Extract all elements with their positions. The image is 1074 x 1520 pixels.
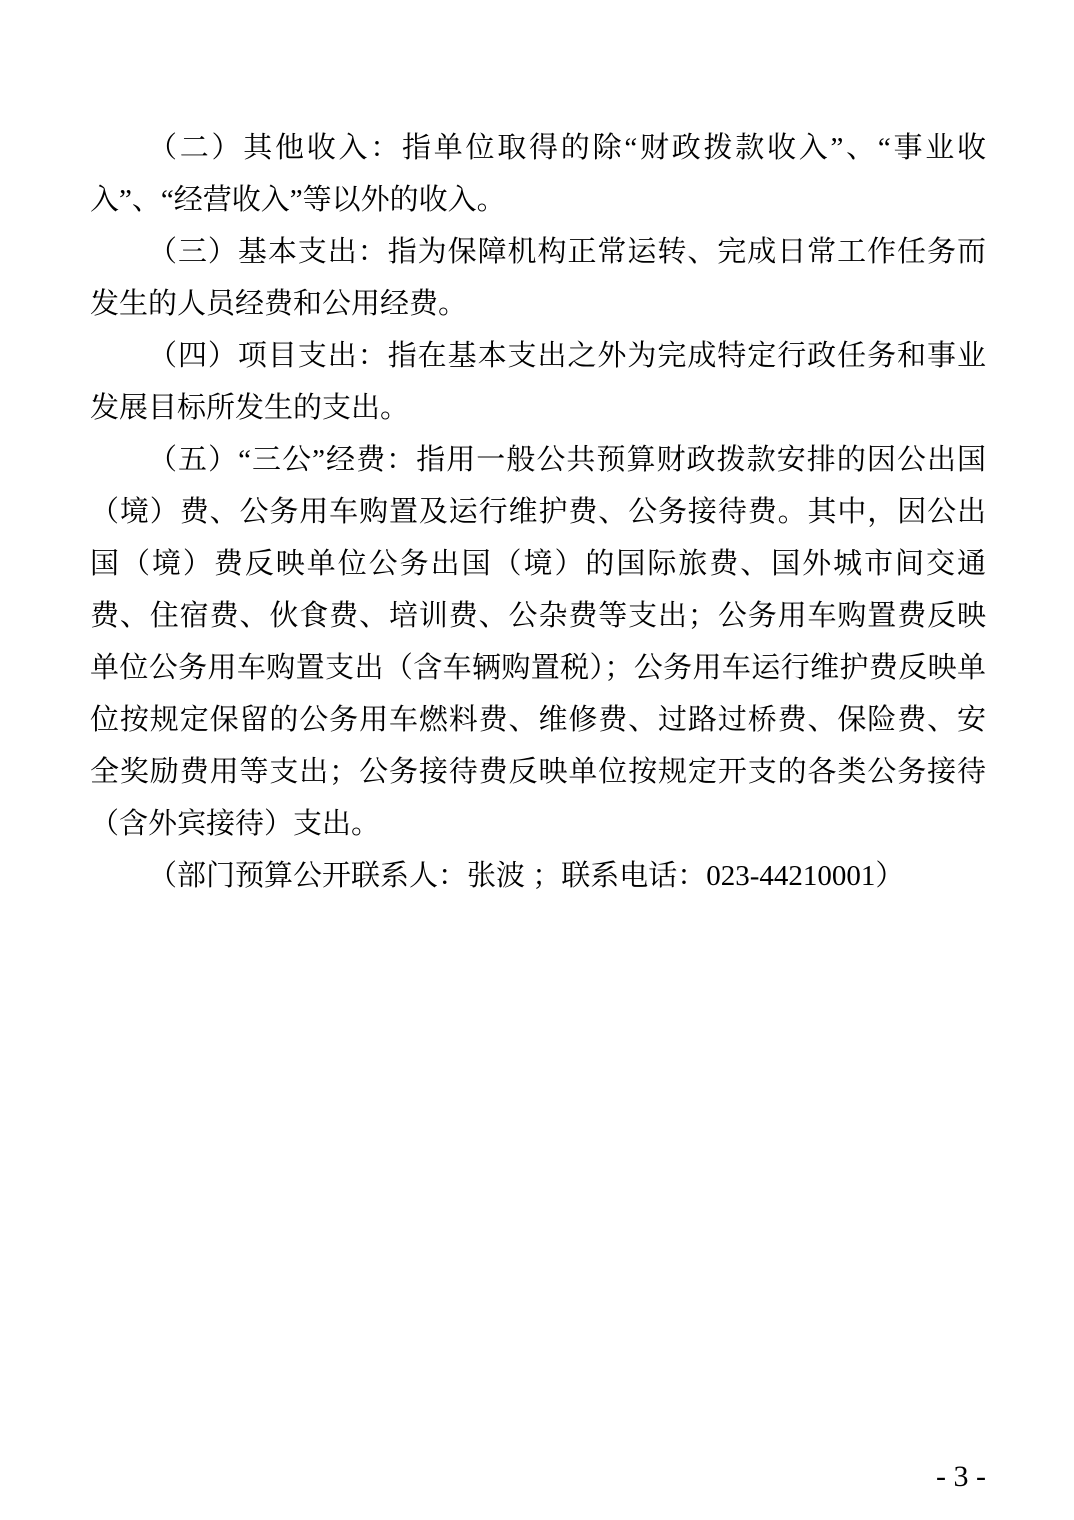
paragraph-project-expenditure: （四）项目支出：指在基本支出之外为完成特定行政任务和事业发展目标所发生的支出。 [90, 330, 986, 434]
document-body: （二）其他收入：指单位取得的除“财政拨款收入”、“事业收入”、“经营收入”等以外… [90, 122, 986, 902]
paragraph-basic-expenditure: （三）基本支出：指为保障机构正常运转、完成日常工作任务而发生的人员经费和公用经费… [90, 226, 986, 330]
paragraph-three-public-funds: （五）“三公”经费：指用一般公共预算财政拨款安排的因公出国（境）费、公务用车购置… [90, 434, 986, 850]
paragraph-other-income: （二）其他收入：指单位取得的除“财政拨款收入”、“事业收入”、“经营收入”等以外… [90, 122, 986, 226]
paragraph-contact-info: （部门预算公开联系人：张波 ；联系电话：023-44210001） [90, 850, 986, 902]
document-page: （二）其他收入：指单位取得的除“财政拨款收入”、“事业收入”、“经营收入”等以外… [0, 0, 1074, 1520]
page-number: - 3 - [936, 1460, 986, 1494]
